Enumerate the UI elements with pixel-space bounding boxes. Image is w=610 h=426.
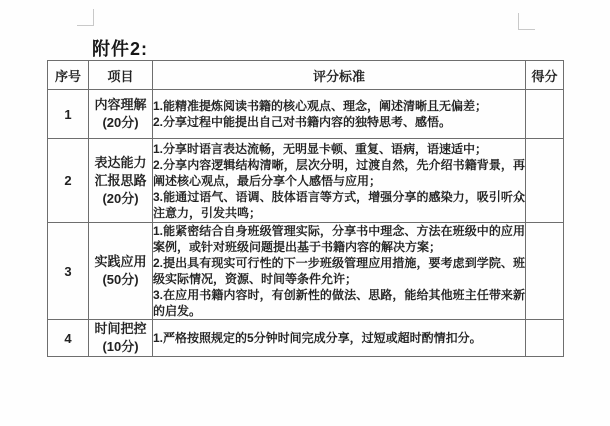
table-row: 2 表达能力 汇报思路 (20分) 1.分享时语言表达流畅，无明显卡顿、重复、语… [48,139,564,223]
header-criteria: 评分标准 [153,61,526,90]
item-name-line: 表达能力 [89,154,152,172]
criterion: 2.分享过程中能提出自己对书籍内容的独特思考、感悟。 [153,114,525,130]
item-points-line: (10分) [89,338,152,356]
item-cell: 表达能力 汇报思路 (20分) [89,139,153,223]
table-row: 1 内容理解 (20分) 1.能精准提炼阅读书籍的核心观点、理念，阐述清晰且无偏… [48,90,564,139]
item-cell: 内容理解 (20分) [89,90,153,139]
table-row: 4 时间把控 (10分) 1.严格按照规定的5分钟时间完成分享，过短或超时酌情扣… [48,320,564,357]
score-cell-empty [526,90,564,139]
table-row: 3 实践应用 (50分) 1.能紧密结合自身班级管理实际，分享书中理念、方法在班… [48,223,564,320]
document-page: 附件2: 序号 项目 评分标准 得分 1 内容理解 (20分) 1.能精准提炼阅… [0,0,610,426]
score-cell-empty [526,320,564,357]
item-cell: 时间把控 (10分) [89,320,153,357]
header-score: 得分 [526,61,564,90]
item-points-line: (20分) [89,114,152,132]
criterion: 1.严格按照规定的5分钟时间完成分享，过短或超时酌情扣分。 [153,330,525,346]
row-number: 2 [48,139,89,223]
score-cell-empty [526,223,564,320]
header-no: 序号 [48,61,89,90]
criteria-cell: 1.严格按照规定的5分钟时间完成分享，过短或超时酌情扣分。 [153,320,526,357]
item-points-line: (50分) [89,271,152,289]
item-name-line: 时间把控 [89,320,152,338]
criteria-cell: 1.能紧密结合自身班级管理实际，分享书中理念、方法在班级中的应用案例，或针对班级… [153,223,526,320]
item-points-line: (20分) [89,190,152,208]
criterion: 1.分享时语言表达流畅，无明显卡顿、重复、语病，语速适中； [153,141,525,157]
scoring-rubric-table: 序号 项目 评分标准 得分 1 内容理解 (20分) 1.能精准提炼阅读书籍的核… [47,60,564,357]
row-number: 4 [48,320,89,357]
criteria-cell: 1.能精准提炼阅读书籍的核心观点、理念，阐述清晰且无偏差； 2.分享过程中能提出… [153,90,526,139]
table-header-row: 序号 项目 评分标准 得分 [48,61,564,90]
criterion: 3.在应用书籍内容时，有创新性的做法、思路，能给其他班主任带来新的启发。 [153,287,525,319]
row-number: 3 [48,223,89,320]
score-cell-empty [526,139,564,223]
header-item: 项目 [89,61,153,90]
criterion: 1.能紧密结合自身班级管理实际，分享书中理念、方法在班级中的应用案例，或针对班级… [153,223,525,255]
page-margin-mark-top-left-icon [77,9,94,26]
criteria-cell: 1.分享时语言表达流畅，无明显卡顿、重复、语病，语速适中； 2.分享内容逻辑结构… [153,139,526,223]
criterion: 3.能通过语气、语调、肢体语言等方式，增强分享的感染力，吸引听众注意力，引发共鸣… [153,189,525,221]
page-margin-mark-top-right-icon [518,13,535,30]
item-cell: 实践应用 (50分) [89,223,153,320]
criterion: 2.提出具有现实可行性的下一步班级管理应用措施，要考虑到学院、班级实际情况，资源… [153,255,525,287]
item-name-line: 汇报思路 [89,172,152,190]
item-name-line: 内容理解 [89,96,152,114]
item-name-line: 实践应用 [89,253,152,271]
criterion: 2.分享内容逻辑结构清晰，层次分明，过渡自然，先介绍书籍背景，再阐述核心观点，最… [153,157,525,189]
attachment-title: 附件2: [92,35,148,61]
row-number: 1 [48,90,89,139]
criterion: 1.能精准提炼阅读书籍的核心观点、理念，阐述清晰且无偏差； [153,98,525,114]
